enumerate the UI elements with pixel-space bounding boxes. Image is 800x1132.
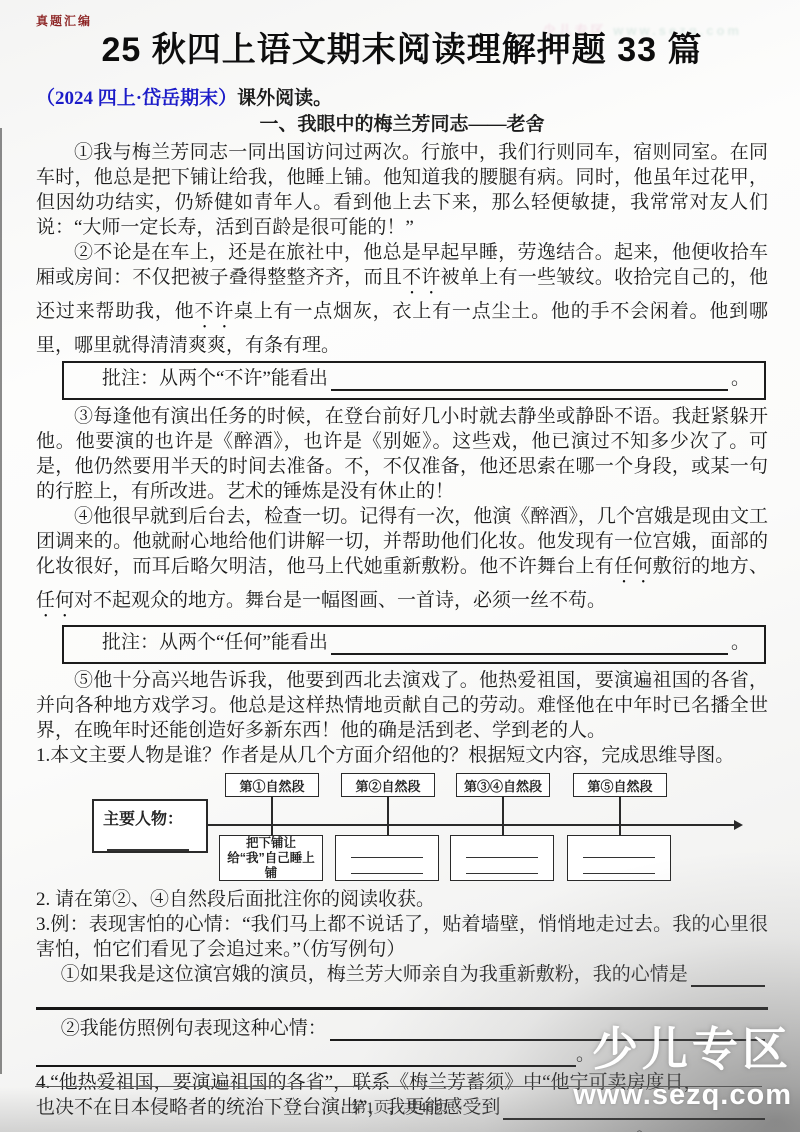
exam-page: 真题汇编 少儿专区 www.sezq.com 25 秋四上语文期末阅读理解押题 … — [0, 0, 800, 1132]
page-title: 25 秋四上语文期末阅读理解押题 33 篇 — [36, 30, 768, 70]
question-4-period: 。 — [636, 1120, 768, 1132]
branch-box-2 — [335, 835, 439, 881]
connector-line — [387, 797, 389, 824]
branch-blank — [351, 867, 422, 874]
corner-tag: 真题汇编 — [36, 12, 92, 29]
branch-blank — [351, 851, 422, 858]
timeline-arrowhead-icon — [734, 820, 743, 830]
site-watermark: 少儿专区 www.sezq.com — [573, 1026, 792, 1110]
question-2: 2. 请在第②、④自然段后面批注你的阅读收获。 — [36, 887, 768, 912]
annotation-2-label: 批注：从两个“任何”能看出 — [102, 631, 328, 655]
segment-label-3: 第③④自然段 — [456, 773, 550, 797]
connector-line — [619, 797, 621, 824]
watermark-name: 少儿专区 — [573, 1026, 792, 1072]
paragraph-1: ①我与梅兰芳同志一同出国访问过两次。行旅中，我们行则同车，宿则同室。在同车时，他… — [36, 140, 768, 240]
connector-line — [502, 826, 504, 835]
question-3-sub1-blank — [691, 965, 765, 987]
question-3-sub1: ①如果我是这位演宫娥的演员，梅兰芳大师亲自为我重新敷粉，我的心情是 — [36, 962, 768, 987]
exam-source-tag: （2024 四上·岱岳期末） — [36, 88, 237, 109]
connector-line — [271, 826, 273, 835]
annotation-box-2: 批注：从两个“任何”能看出 。 — [62, 625, 766, 664]
annotation-box-1: 批注：从两个“不许”能看出 。 — [62, 361, 766, 400]
source-line: （2024 四上·岱岳期末）课外阅读。 — [36, 86, 768, 112]
connector-line — [502, 797, 504, 824]
mind-map-diagram: 主要人物： 第①自然段 第②自然段 第③④自然段 第⑤自然段 把下铺让给“我”自… — [92, 773, 754, 881]
branch-blank — [583, 867, 654, 874]
question-3-sub2-text: ②我能仿照例句表现这种心情： — [36, 1016, 327, 1041]
question-1: 1.本文主要人物是谁？作者是从几个方面介绍他的？根据短文内容，完成思维导图。 — [36, 743, 768, 768]
paragraph-2: ②不论是在车上，还是在旅社中，他总是早起早睡，劳逸结合。起来，他便收拾车厢或房间… — [36, 240, 768, 358]
branch-blank — [466, 851, 537, 858]
watermark-url: www.sezq.com — [573, 1081, 792, 1110]
branch-1-text: 把下铺让给“我”自己睡上铺 — [223, 836, 319, 881]
segment-label-4: 第⑤自然段 — [573, 773, 667, 797]
scan-edge-left — [0, 128, 2, 1074]
branch-blank — [583, 851, 654, 858]
branch-box-3 — [450, 835, 554, 881]
branch-box-1: 把下铺让给“我”自己睡上铺 — [219, 835, 323, 881]
segment-label-1: 第①自然段 — [225, 773, 319, 797]
connector-line — [619, 826, 621, 835]
branch-box-4 — [567, 835, 671, 881]
annotation-1-blank — [331, 369, 728, 391]
question-3-sub1-text: ①如果我是这位演宫娥的演员，梅兰芳大师亲自为我重新敷粉，我的心情是 — [36, 962, 688, 987]
branch-blank — [466, 867, 537, 874]
page-content: 25 秋四上语文期末阅读理解押题 33 篇 （2024 四上·岱岳期末）课外阅读… — [36, 0, 768, 1132]
annotation-1-label: 批注：从两个“不许”能看出 — [102, 367, 328, 391]
reading-section-title: 一、我眼中的梅兰芳同志——老舍 — [36, 112, 768, 138]
annotation-2-blank — [331, 633, 728, 655]
answer-blank — [36, 1045, 576, 1067]
source-suffix: 课外阅读。 — [237, 88, 332, 109]
main-box-blank — [107, 829, 189, 851]
paragraph-3: ③每逢他有演出任务的时候，在登台前好几小时就去静坐或静卧不语。我赶紧躲开他。他要… — [36, 404, 768, 504]
connector-line — [271, 797, 273, 824]
paragraph-4: ④他很早就到后台去，检查一切。记得有一次，他演《醉酒》，几个宫娥是现由文工团调来… — [36, 504, 768, 622]
annotation-1-period: 。 — [731, 367, 750, 391]
answer-blank-line — [36, 987, 768, 1010]
timeline-arrow-line — [208, 824, 736, 826]
annotation-2-period: 。 — [731, 631, 750, 655]
segment-label-2: 第②自然段 — [341, 773, 435, 797]
mind-map-main-box: 主要人物： — [92, 799, 208, 853]
question-3-example: 3.例：表现害怕的心情：“我们马上都不说话了，贴着墙壁，悄悄地走过去。我的心里很… — [36, 912, 768, 962]
paragraph-5: ⑤他十分高兴地告诉我，他要到西北去演戏了。他热爱祖国，要演遍祖国的各省，并向各种… — [36, 668, 768, 743]
connector-line — [387, 826, 389, 835]
main-box-label: 主要人物： — [103, 811, 183, 828]
